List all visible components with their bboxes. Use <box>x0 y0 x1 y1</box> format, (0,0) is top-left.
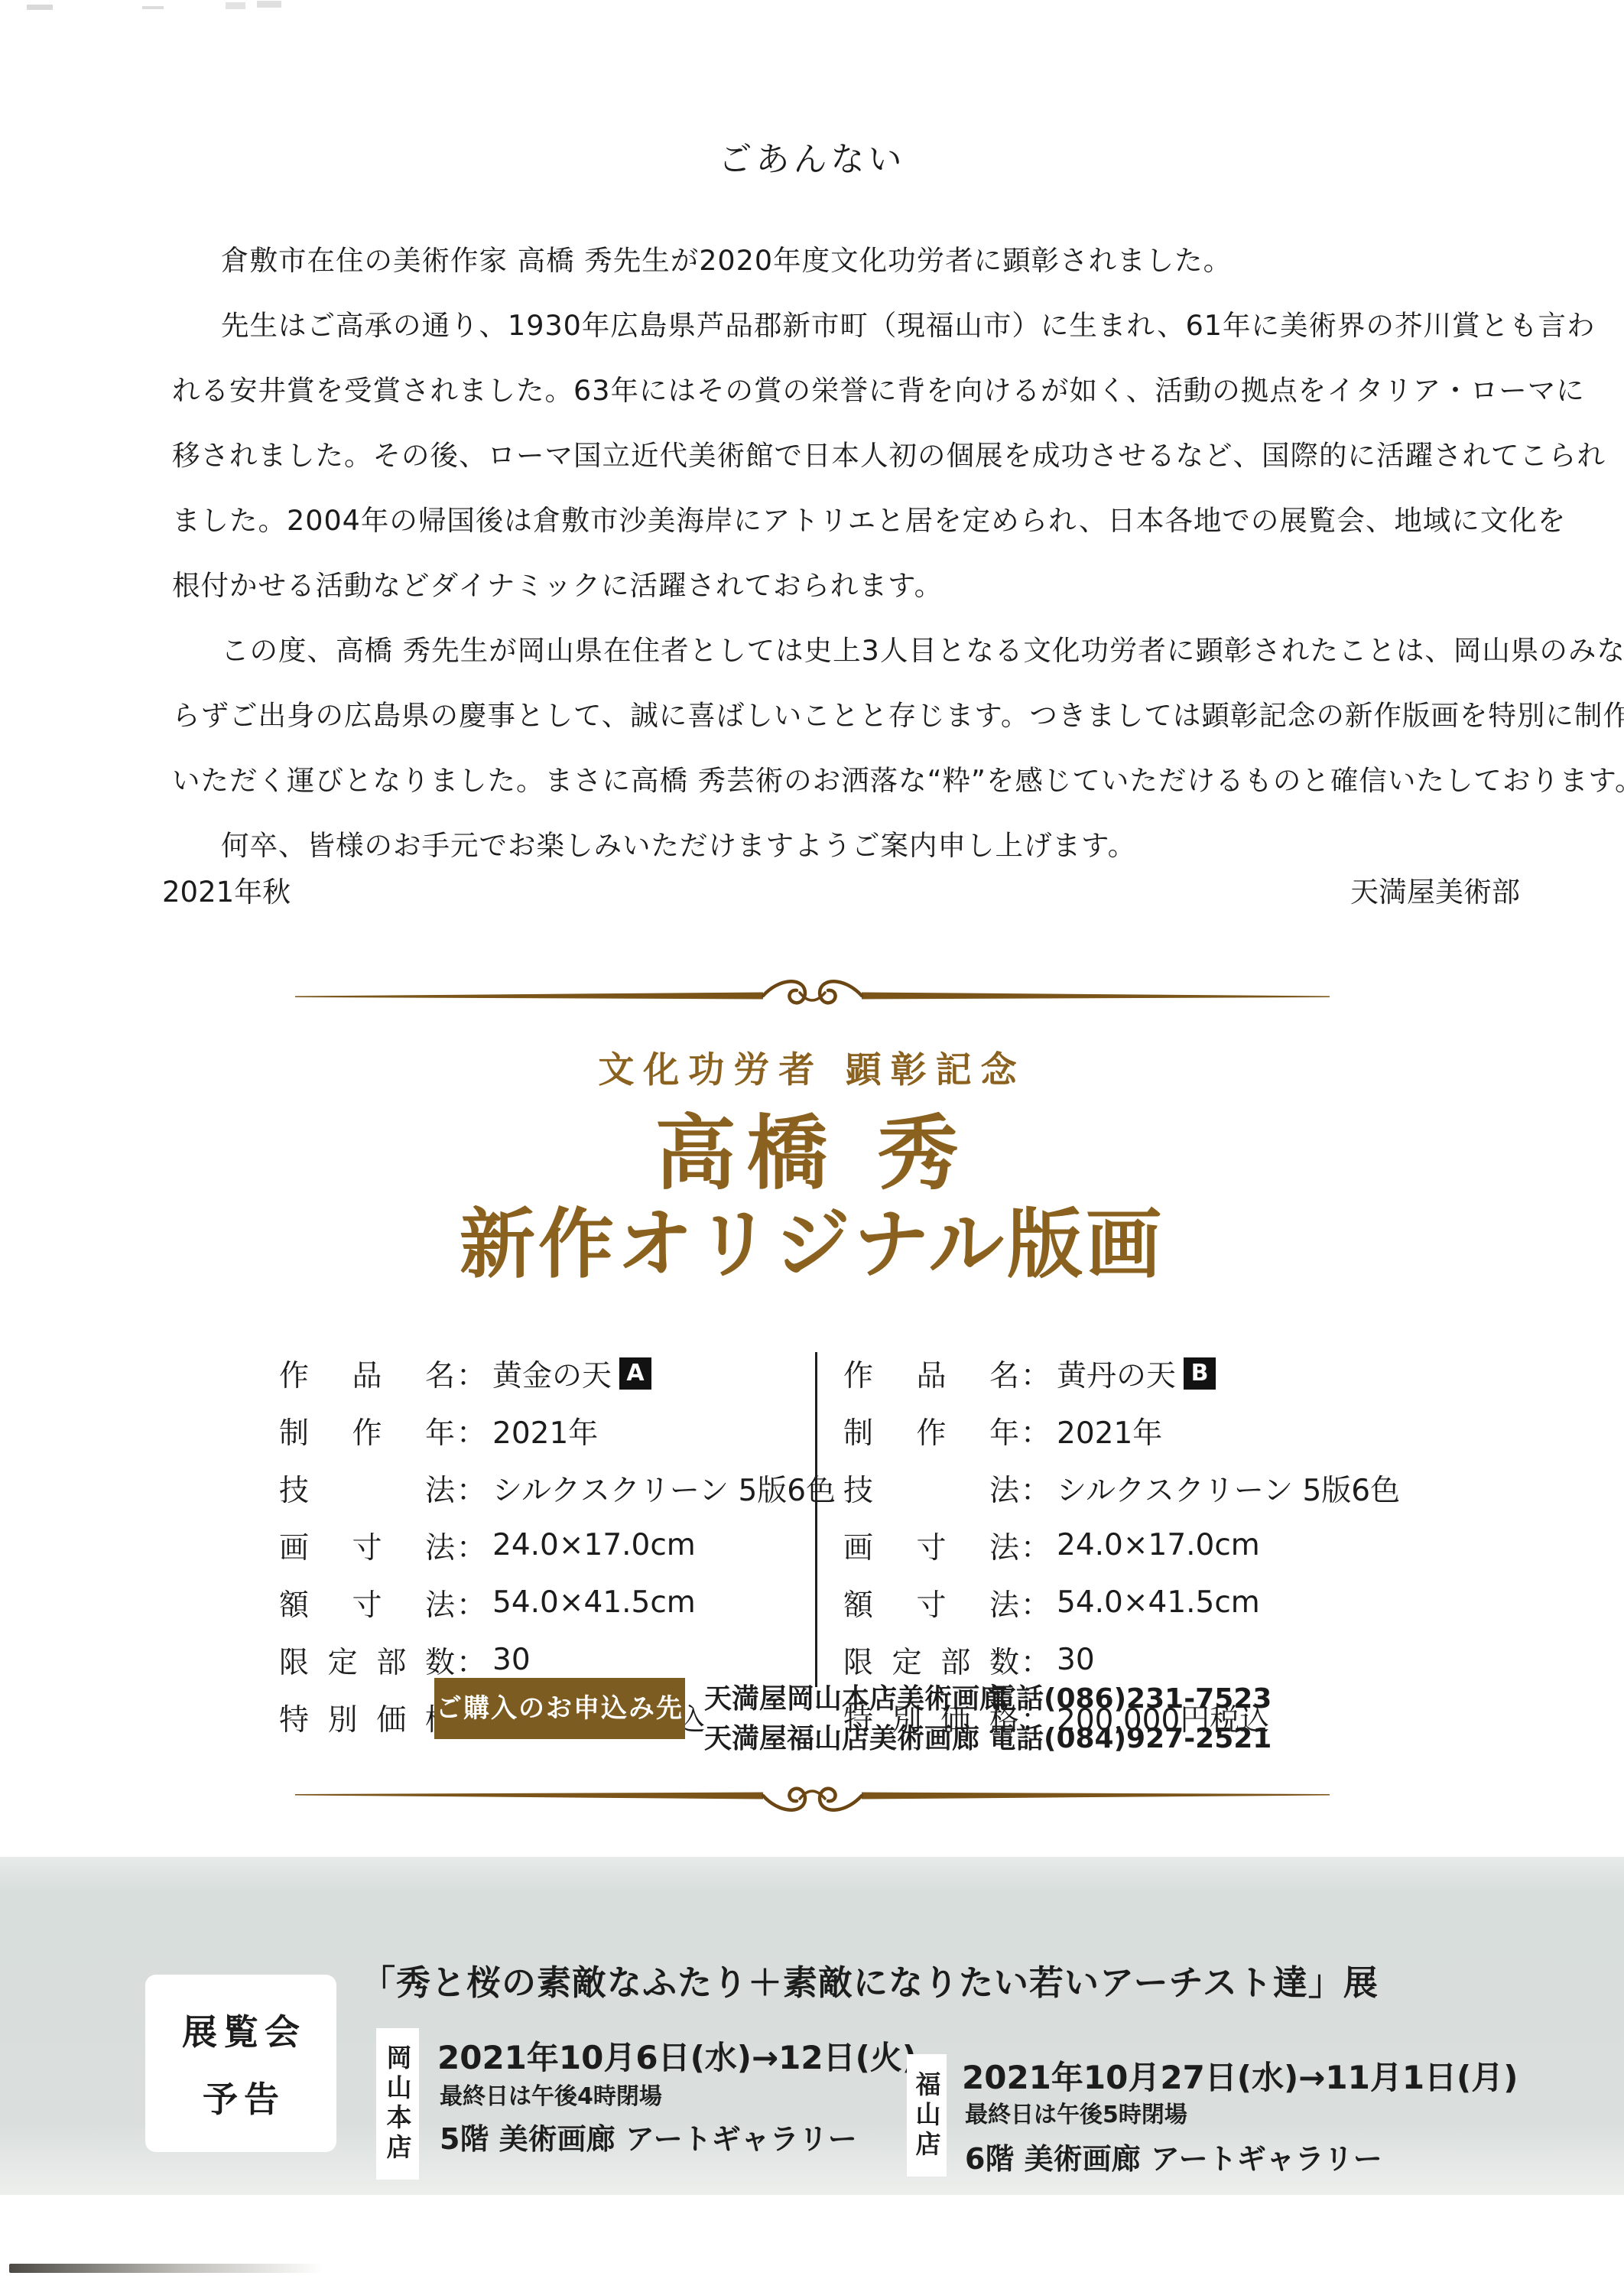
spec-label: 制作年 <box>843 1409 1019 1452</box>
spec-value: 24.0×17.0cm <box>492 1528 696 1562</box>
contact-list: 天満屋岡山本店美術画廊 電話(086)231-7523 天満屋福山店美術画廊 電… <box>704 1676 1272 1756</box>
spec-value: シルクスクリーン 5版6色 <box>1057 1467 1400 1510</box>
contact-row: 天満屋岡山本店美術画廊 電話(086)231-7523 <box>704 1676 1272 1716</box>
letter-line: らずご出身の広島県の慶事として、誠に喜ばしいことと存じます。つきましては顕彰記念… <box>172 694 1624 733</box>
spec-value: シルクスクリーン 5版6色 <box>492 1467 836 1510</box>
letter-line: 先生はご高承の通り、1930年広島県芦品郡新市町（現福山市）に生まれ、61年に美… <box>221 304 1596 343</box>
notice-line: 予告 <box>197 2072 285 2122</box>
venue-place: 6階 美術画廊 アートギャラリー <box>965 2135 1382 2177</box>
venue-note: 最終日は午後5時閉場 <box>965 2095 1187 2129</box>
spec-row: 画寸法：24.0×17.0cm <box>843 1517 1400 1574</box>
gallery-phone: 電話(086)231-7523 <box>989 1677 1272 1716</box>
scanned-flyer-page: ごあんない 倉敷市在住の美術作家 高橋 秀先生が2020年度文化功労者に顕彰され… <box>0 0 1624 2279</box>
spec-label: 額寸法 <box>843 1582 1019 1624</box>
spec-row: 作品名：黄丹の天B <box>843 1344 1400 1402</box>
spec-label: 作品名 <box>843 1352 1019 1395</box>
spec-label: 画寸法 <box>843 1524 1019 1567</box>
gallery-name: 天満屋福山店美術画廊 <box>704 1717 989 1756</box>
artwork-b-badge: B <box>1184 1357 1216 1390</box>
venue-dates: 2021年10月27日(水)→11月1日(月) <box>962 2053 1518 2099</box>
spec-row: 制作年：2021年 <box>279 1402 836 1459</box>
venue-note: 最終日は午後4時閉場 <box>440 2077 662 2111</box>
spec-value: 30 <box>1057 1643 1095 1677</box>
spec-value: 54.0×41.5cm <box>1057 1585 1260 1620</box>
spec-row: 作品名：黄金の天A <box>279 1344 836 1402</box>
spec-label: 限定部数 <box>843 1639 1019 1682</box>
spec-value: 黄丹の天 <box>1057 1352 1176 1395</box>
spec-label: 額寸法 <box>279 1582 455 1624</box>
venue-place: 5階 美術画廊 アートギャラリー <box>440 2115 857 2157</box>
gallery-phone: 電話(084)927-2521 <box>989 1717 1272 1756</box>
spec-row: 画寸法：24.0×17.0cm <box>279 1517 836 1574</box>
spec-value: 30 <box>492 1643 531 1677</box>
column-divider <box>815 1352 817 1687</box>
spec-value: 54.0×41.5cm <box>492 1585 696 1620</box>
spec-row: 額寸法：54.0×41.5cm <box>279 1574 836 1631</box>
letter-line: この度、高橋 秀先生が岡山県在住者としては史上3人目となる文化功労者に顕彰された… <box>221 629 1624 668</box>
venue-dates: 2021年10月6日(水)→12日(火) <box>437 2033 917 2079</box>
gallery-name: 天満屋岡山本店美術画廊 <box>704 1677 989 1716</box>
spec-label: 画寸法 <box>279 1524 455 1567</box>
spec-label: 限定部数 <box>279 1639 455 1682</box>
spec-row: 制作年：2021年 <box>843 1402 1400 1459</box>
spec-row: 技法：シルクスクリーン 5版6色 <box>843 1459 1400 1517</box>
letter-signature: 天満屋美術部 <box>1350 869 1520 910</box>
exhibition-title: 「秀と桜の素敵なふたり＋素敵になりたい若いアーチスト達」展 <box>361 1955 1379 2004</box>
commemoration-subtitle: 文化功労者 顕彰記念 <box>0 1042 1624 1093</box>
spec-value: 黄金の天 <box>492 1352 612 1395</box>
announcement-title: 新作オリジナル版画 <box>0 1184 1624 1292</box>
letter-line: 何卒、皆様のお手元でお楽しみいただけますようご案内申し上げます。 <box>221 824 1136 863</box>
spec-row: 額寸法：54.0×41.5cm <box>843 1574 1400 1631</box>
ornament-divider <box>295 976 1330 1019</box>
ornament-divider <box>295 1773 1330 1816</box>
letter-line: れる安井賞を受賞されました。63年にはその賞の栄誉に背を向けるが如く、活動の拠点… <box>172 369 1585 408</box>
letter-line: 根付かせる活動などダイナミックに活躍されておられます。 <box>172 564 943 603</box>
spec-label: 特別価格 <box>279 1696 455 1739</box>
letter-line: 倉敷市在住の美術作家 高橋 秀先生が2020年度文化功労者に顕彰されました。 <box>221 239 1232 278</box>
exhibition-notice-box: 展覧会 予告 <box>145 1975 336 2152</box>
scan-artifact <box>226 2 245 9</box>
spec-row: 技法：シルクスクリーン 5版6色 <box>279 1459 836 1517</box>
letter-date: 2021年秋 <box>162 869 291 910</box>
spec-value: 2021年 <box>492 1409 598 1452</box>
letter-line: いただく運びとなりました。まさに高橋 秀芸術のお洒落な“粋”を感じていただけるも… <box>172 759 1624 798</box>
contact-row: 天満屋福山店美術画廊 電話(084)927-2521 <box>704 1716 1272 1756</box>
spec-label: 作品名 <box>279 1352 455 1395</box>
artwork-a-badge: A <box>619 1357 651 1390</box>
letter-title: ごあんない <box>0 132 1624 180</box>
letter-line: ました。2004年の帰国後は倉敷市沙美海岸にアトリエと居を定められ、日本各地での… <box>172 499 1566 538</box>
letter-line: 移されました。その後、ローマ国立近代美術館で日本人初の個展を成功させるなど、国際… <box>172 434 1606 473</box>
spec-value: 24.0×17.0cm <box>1057 1528 1260 1562</box>
spec-label: 技法 <box>843 1467 1019 1510</box>
spec-label: 制作年 <box>279 1409 455 1452</box>
scan-artifact <box>142 6 164 9</box>
venue-store-fukuyama: 福山店 <box>907 2054 947 2177</box>
spec-value: 2021年 <box>1057 1409 1162 1452</box>
scan-artifact <box>27 5 53 10</box>
purchase-label-box: ご購入のお申込み先 <box>434 1678 685 1739</box>
scan-artifact <box>9 2264 323 2273</box>
venue-store-okayama: 岡山本店 <box>376 2028 419 2180</box>
scan-artifact <box>257 1 281 8</box>
notice-line: 展覧会 <box>176 2004 306 2055</box>
spec-label: 技法 <box>279 1467 455 1510</box>
